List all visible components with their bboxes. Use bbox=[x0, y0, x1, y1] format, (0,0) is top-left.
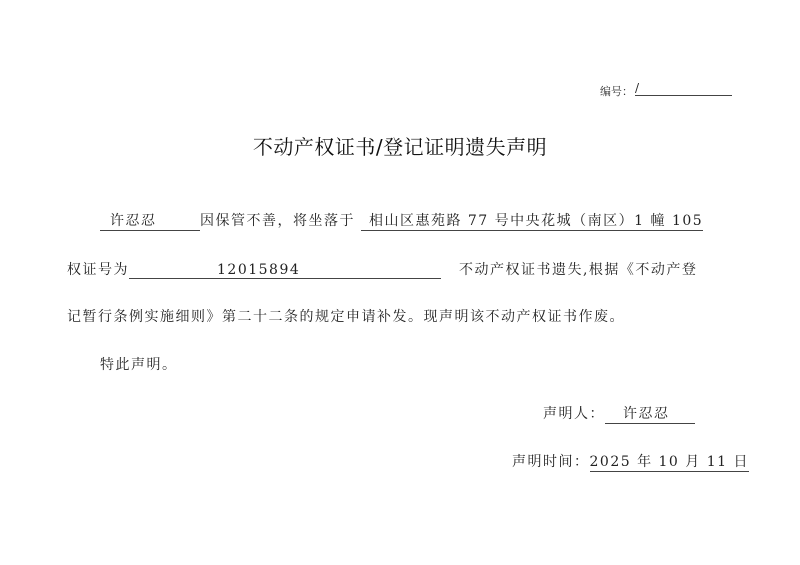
statement-text-1: 因保管不善，将坐落于 bbox=[200, 213, 355, 229]
paragraph-line-2: 权证号为12015894 不动产权证书遗失,根据《不动产登 bbox=[67, 259, 697, 279]
declarant-label: 声明人： bbox=[543, 406, 605, 422]
declarant-row: 声明人：许忍忍 bbox=[543, 403, 695, 424]
cert-number-field[interactable]: 12015894 bbox=[129, 262, 441, 279]
page-title: 不动产权证书/登记证明遗失声明 bbox=[0, 131, 800, 160]
closing-statement: 特此声明。 bbox=[100, 354, 178, 374]
cert-number-label: 权证号为 bbox=[67, 262, 129, 278]
date-label: 声明时间： bbox=[512, 454, 590, 470]
owner-name-field[interactable]: 许忍忍 bbox=[100, 210, 200, 231]
address-field[interactable]: 相山区惠苑路 77 号中央花城（南区）1 幢 105 bbox=[361, 210, 703, 231]
paragraph-line-3: 记暂行条例实施细则》第二十二条的规定申请补发。现声明该不动产权证书作废。 bbox=[67, 306, 625, 326]
statement-text-3: 不动产权证书遗失,根据《不动产登 bbox=[459, 262, 697, 278]
paragraph-line-1: 许忍忍因保管不善，将坐落于 相山区惠苑路 77 号中央花城（南区）1 幢 105 bbox=[100, 210, 703, 231]
serial-number-field[interactable]: / bbox=[635, 81, 732, 96]
date-row: 声明时间：2025 年 10 月 11 日 bbox=[512, 451, 749, 472]
declarant-name-field[interactable]: 许忍忍 bbox=[605, 403, 695, 424]
date-field[interactable]: 2025 年 10 月 11 日 bbox=[590, 451, 750, 472]
serial-number-label: 编号： bbox=[600, 83, 633, 99]
